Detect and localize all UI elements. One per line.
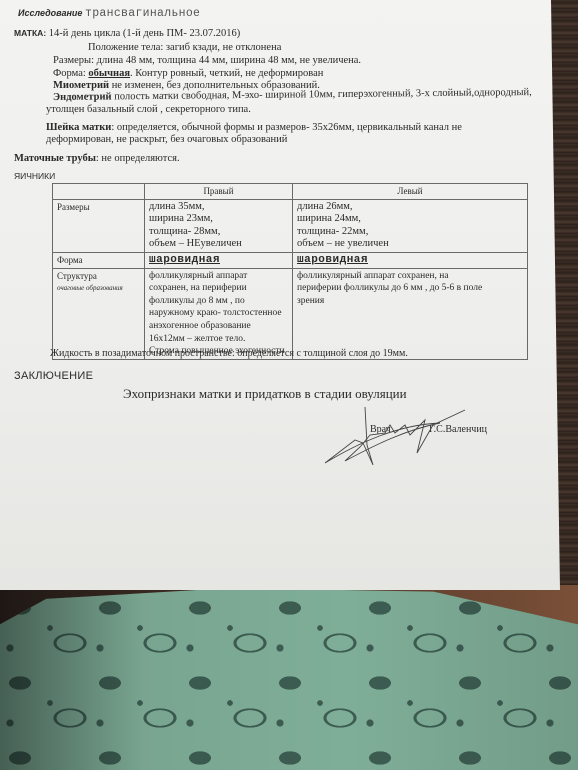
right-shape: шаровидная (149, 254, 220, 266)
tubes-line: Маточные трубы: не определяются. (14, 153, 180, 164)
left-structure: фолликулярный аппарат сохранен, на периф… (293, 268, 528, 359)
right-structure-line: наружному краю- толстостенное (149, 307, 288, 320)
table-header-empty (53, 184, 145, 200)
exam-label: Исследование (18, 8, 82, 18)
table-header-left: Левый (293, 184, 528, 200)
table-header-right: Правый (145, 184, 293, 200)
left-sizes: длина 26мм, ширина 24мм, толщина- 22мм, … (293, 199, 528, 252)
left-width: ширина 24мм, (297, 213, 523, 226)
left-volume: объем – не увеличен (297, 238, 523, 251)
structure-label: Структура (57, 271, 97, 281)
structure-sublabel: очаговые образования (57, 282, 140, 295)
uterus-shape-line: Форма: обычная. Контур ровный, четкий, н… (53, 68, 323, 79)
fluid-line: Жидкость в позадиматочном пространстве: … (50, 348, 408, 359)
exam-type: трансвагинальное (85, 7, 200, 20)
table-row-shape: Форма шаровидная шаровидная (53, 252, 528, 268)
ovaries-label: ЯИЧНИКИ (14, 171, 55, 181)
exam-header: Исследование трансвагинальное (18, 7, 200, 20)
right-structure-line: анэхогенное образование (149, 320, 288, 333)
left-length: длина 26мм, (297, 201, 523, 214)
left-thickness: толщина- 22мм, (297, 226, 523, 239)
right-thickness: толщина- 28мм, (149, 226, 288, 239)
cervix-text-1: : определяется, обычной формы и размеров… (111, 122, 462, 133)
myometrium-label: Миометрий (53, 80, 109, 91)
uterus-position: Положение тела: загиб кзади, не отклонен… (88, 42, 281, 53)
cervix-line: Шейка матки: определяется, обычной формы… (46, 122, 462, 133)
endometrium-label: Эндометрий (53, 91, 112, 103)
right-sizes: длина 35мм, ширина 23мм, толщина- 28мм, … (145, 199, 293, 252)
right-structure-line: фолликулярный аппарат (149, 270, 288, 283)
cervix-line-2: деформирован, не раскрыт, без очаговых о… (46, 134, 287, 145)
right-structure: фолликулярный аппарат сохранен, на периф… (145, 268, 293, 359)
left-structure-line: фолликулярный аппарат сохранен, на (297, 270, 523, 283)
ovaries-table: Правый Левый Размеры длина 35мм, ширина … (52, 183, 528, 360)
row-label-structure: Структура очаговые образования (53, 268, 145, 359)
tubes-text: : не определяются. (96, 153, 180, 164)
cervix-label: Шейка матки (46, 122, 111, 133)
tubes-label: Маточные трубы (14, 153, 96, 164)
row-label-shape: Форма (53, 252, 145, 268)
uterus-sizes: Размеры: длина 48 мм, толщина 44 мм, шир… (53, 55, 361, 66)
conclusion-text: Эхопризнаки матки и придатков в стадии о… (123, 386, 407, 402)
conclusion-title: ЗАКЛЮЧЕНИЕ (14, 370, 93, 382)
table-row-structure: Структура очаговые образования фолликуля… (53, 268, 528, 359)
left-structure-line: зрения (297, 295, 523, 308)
doctor-signature (315, 405, 475, 485)
right-length: длина 35мм, (149, 201, 288, 214)
right-width: ширина 23мм, (149, 213, 288, 226)
right-structure-line: сохранен, на периферии (149, 282, 288, 295)
left-structure-line: периферии фолликулы до 6 мм , до 5-6 в п… (297, 282, 523, 295)
fabric-shadow (0, 588, 578, 770)
row-label-sizes: Размеры (53, 199, 145, 252)
shape-value: обычная (88, 68, 130, 79)
shape-label: Форма: (53, 68, 86, 79)
right-structure-line: 16х12мм – желтое тело. (149, 333, 288, 346)
uterus-label: МАТКА: (14, 28, 46, 38)
right-volume: объем – НЕувеличен (149, 238, 288, 251)
endometrium-line-2: утолщен базальный слой , секреторного ти… (46, 104, 251, 115)
right-structure-line: фолликулы до 8 мм , по (149, 295, 288, 308)
table-header-row: Правый Левый (53, 184, 528, 200)
table-row-sizes: Размеры длина 35мм, ширина 23мм, толщина… (53, 199, 528, 252)
cycle-day: 14-й день цикла (1-й день ПМ- 23.07.2016… (49, 28, 240, 39)
left-shape: шаровидная (297, 254, 368, 266)
uterus-cycle-line: МАТКА: 14-й день цикла (1-й день ПМ- 23.… (14, 28, 240, 39)
shape-rest: . Контур ровный, четкий, не деформирован (130, 68, 323, 79)
